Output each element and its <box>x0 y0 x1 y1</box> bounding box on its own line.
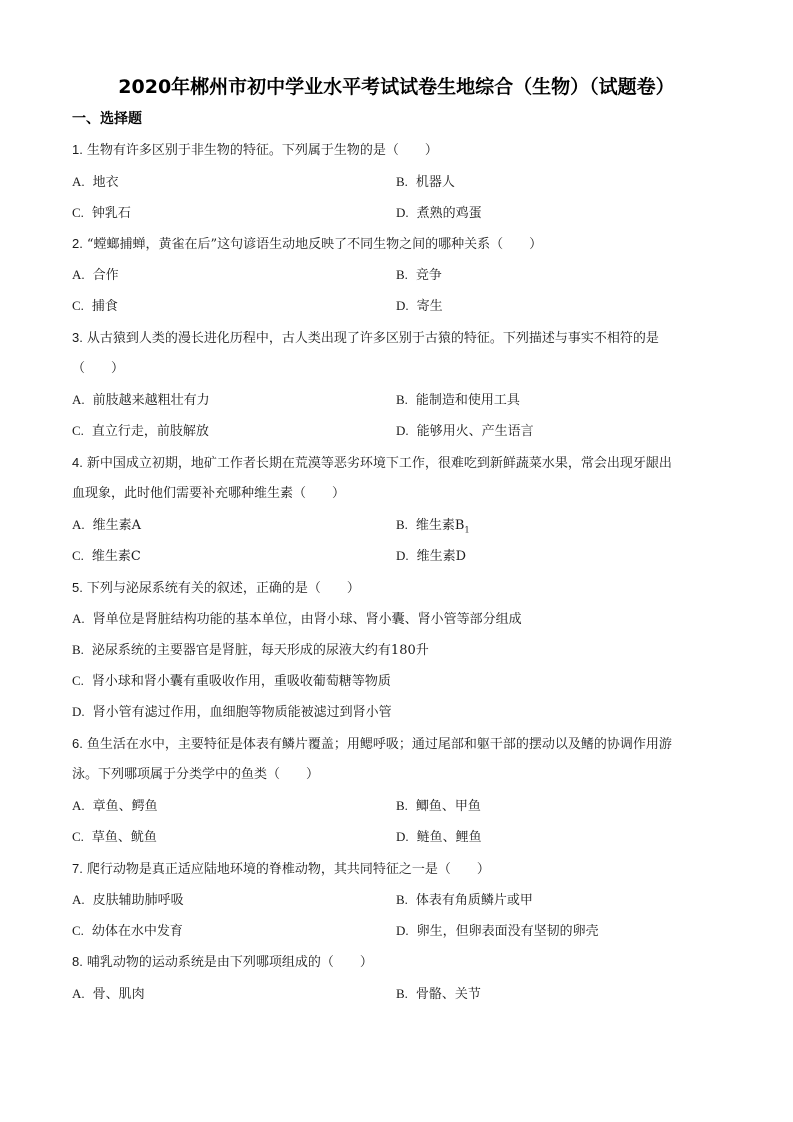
question-3-option-a: A.前肢越来越粗壮有力 <box>72 392 210 409</box>
option-label: C. <box>72 829 84 844</box>
question-2-option-d: D.寄生 <box>396 298 443 315</box>
question-number: 6. <box>72 736 83 751</box>
question-text: 新中国成立初期，地矿工作者长期在荒漠等恶劣环境下工作，很难吃到新鲜蔬菜水果，常会… <box>87 456 672 471</box>
question-1-option-d: D.煮熟的鸡蛋 <box>396 205 482 222</box>
option-label: C. <box>72 205 84 220</box>
question-6-stem-cont: 泳。下列哪项属于分类学中的鱼类（ ） <box>72 767 319 783</box>
question-4-option-d: D.维生素D <box>396 548 466 565</box>
option-label: D. <box>72 704 85 719</box>
question-3-stem: 3.从古猿到人类的漫长进化历程中，古人类出现了许多区别于古猿的特征。下列描述与事… <box>72 330 659 347</box>
question-number: 1. <box>72 142 83 157</box>
question-5-stem: 5.下列与泌尿系统有关的叙述，正确的是（ ） <box>72 580 360 597</box>
option-label: A. <box>72 267 85 282</box>
question-3-option-c: C.直立行走，前肢解放 <box>72 423 209 440</box>
question-number: 2. <box>72 236 83 251</box>
question-6-stem: 6.鱼生活在水中，主要特征是体表有鳞片覆盖；用鳃呼吸；通过尾部和躯干部的摆动以及… <box>72 736 672 753</box>
option-label: B. <box>396 174 408 189</box>
question-2-option-c: C.捕食 <box>72 298 118 315</box>
question-3-stem-cont: （ ） <box>72 361 124 377</box>
option-text: 泌尿系统的主要器官是肾脏，每天形成的尿液大约有180升 <box>92 643 429 658</box>
question-1-option-a: A.地衣 <box>72 174 119 191</box>
question-7-option-d: D.卵生，但卵表面没有坚韧的卵壳 <box>396 923 599 940</box>
option-label: D. <box>396 829 409 844</box>
option-text: 肾小球和肾小囊有重吸收作用，重吸收葡萄糖等物质 <box>92 674 391 689</box>
question-4-stem: 4.新中国成立初期，地矿工作者长期在荒漠等恶劣环境下工作，很难吃到新鲜蔬菜水果，… <box>72 455 672 472</box>
question-8-option-a: A.骨、肌肉 <box>72 986 145 1003</box>
option-label: C. <box>72 673 84 688</box>
option-text: 能制造和使用工具 <box>416 393 520 408</box>
option-label: B. <box>396 986 408 1001</box>
question-7-option-c: C.幼体在水中发育 <box>72 923 183 940</box>
question-5-option-c: C.肾小球和肾小囊有重吸收作用，重吸收葡萄糖等物质 <box>72 673 391 690</box>
option-text: 煮熟的鸡蛋 <box>417 206 482 221</box>
option-label: C. <box>72 923 84 938</box>
option-label: B. <box>396 517 408 532</box>
question-7-option-b: B.体表有角质鳞片或甲 <box>396 892 533 909</box>
option-label: A. <box>72 611 85 626</box>
question-1-option-b: B.机器人 <box>396 174 455 191</box>
question-number: 5. <box>72 580 83 595</box>
question-number: 4. <box>72 455 83 470</box>
subscript: 1 <box>464 526 469 535</box>
option-text: 机器人 <box>416 175 455 190</box>
option-label: B. <box>72 642 84 657</box>
question-3-option-b: B.能制造和使用工具 <box>396 392 520 409</box>
option-text: 草鱼、鱿鱼 <box>92 830 157 845</box>
option-text: 前肢越来越粗壮有力 <box>93 393 210 408</box>
question-2-option-a: A.合作 <box>72 267 119 284</box>
question-6-option-a: A.章鱼、鳄鱼 <box>72 798 158 815</box>
option-text: 竞争 <box>416 268 442 283</box>
question-text: 哺乳动物的运动系统是由下列哪项组成的（ ） <box>87 955 373 970</box>
option-text: 合作 <box>93 268 119 283</box>
question-5-option-b: B.泌尿系统的主要器官是肾脏，每天形成的尿液大约有180升 <box>72 642 429 659</box>
option-label: B. <box>396 392 408 407</box>
option-text: 能够用火、产生语言 <box>417 424 534 439</box>
option-label: C. <box>72 298 84 313</box>
option-text: 地衣 <box>93 175 119 190</box>
question-1-option-c: C.钟乳石 <box>72 205 131 222</box>
option-label: A. <box>72 986 85 1001</box>
option-label: A. <box>72 174 85 189</box>
option-text: 体表有角质鳞片或甲 <box>416 893 533 908</box>
option-label: C. <box>72 548 84 563</box>
option-text: 捕食 <box>92 299 118 314</box>
option-label: D. <box>396 423 409 438</box>
question-5-option-a: A.肾单位是肾脏结构功能的基本单位，由肾小球、肾小囊、肾小管等部分组成 <box>72 611 522 628</box>
question-8-stem: 8.哺乳动物的运动系统是由下列哪项组成的（ ） <box>72 954 373 971</box>
question-number: 7. <box>72 861 83 876</box>
option-text: 维生素C <box>92 549 141 564</box>
option-text: 骨骼、关节 <box>416 987 481 1002</box>
question-8-option-b: B.骨骼、关节 <box>396 986 481 1003</box>
option-label: B. <box>396 892 408 907</box>
option-text: 卵生，但卵表面没有坚韧的卵壳 <box>417 924 599 939</box>
option-text: 肾小管有滤过作用，血细胞等物质能被滤过到肾小管 <box>93 705 392 720</box>
option-label: D. <box>396 298 409 313</box>
option-text: 维生素B <box>416 518 465 533</box>
option-text: 寄生 <box>417 299 443 314</box>
question-4-option-a: A.维生素A <box>72 517 141 534</box>
question-6-option-c: C.草鱼、鱿鱼 <box>72 829 157 846</box>
question-6-option-d: D.鲢鱼、鲤鱼 <box>396 829 482 846</box>
option-label: D. <box>396 923 409 938</box>
option-label: B. <box>396 267 408 282</box>
option-text: 直立行走，前肢解放 <box>92 424 209 439</box>
document-title: 2020年郴州市初中学业水平考试试卷生地综合（生物）（试题卷） <box>0 72 793 99</box>
question-4-stem-cont: 血现象，此时他们需要补充哪种维生素（ ） <box>72 486 345 502</box>
option-text: 皮肤辅助肺呼吸 <box>93 893 184 908</box>
question-text: 从古猿到人类的漫长进化历程中，古人类出现了许多区别于古猿的特征。下列描述与事实不… <box>87 331 659 346</box>
question-4-option-c: C.维生素C <box>72 548 141 565</box>
question-text: 下列与泌尿系统有关的叙述，正确的是（ ） <box>87 581 360 596</box>
option-text: 鲢鱼、鲤鱼 <box>417 830 482 845</box>
question-text: 鱼生活在水中，主要特征是体表有鳞片覆盖；用鳃呼吸；通过尾部和躯干部的摆动以及鳍的… <box>87 737 672 752</box>
section-heading: 一、选择题 <box>72 108 142 128</box>
question-text: 生物有许多区别于非生物的特征。下列属于生物的是（ ） <box>87 143 438 158</box>
exam-page: 2020年郴州市初中学业水平考试试卷生地综合（生物）（试题卷） 一、选择题 1.… <box>0 0 793 1122</box>
question-2-option-b: B.竞争 <box>396 267 442 284</box>
option-text: 钟乳石 <box>92 206 131 221</box>
option-label: A. <box>72 892 85 907</box>
question-7-option-a: A.皮肤辅助肺呼吸 <box>72 892 184 909</box>
option-text: 幼体在水中发育 <box>92 924 183 939</box>
option-label: C. <box>72 423 84 438</box>
option-label: B. <box>396 798 408 813</box>
option-text: 鲫鱼、甲鱼 <box>416 799 481 814</box>
option-text: 骨、肌肉 <box>93 987 145 1002</box>
question-text: 爬行动物是真正适应陆地环境的脊椎动物，其共同特征之一是（ ） <box>87 862 490 877</box>
question-2-stem: 2.“螳螂捕蝉，黄雀在后”这句谚语生动地反映了不同生物之间的哪种关系（ ） <box>72 236 542 253</box>
question-number: 3. <box>72 330 83 345</box>
option-text: 维生素A <box>93 518 141 533</box>
option-text: 维生素D <box>417 549 466 564</box>
question-1-stem: 1.生物有许多区别于非生物的特征。下列属于生物的是（ ） <box>72 142 438 159</box>
option-text: 肾单位是肾脏结构功能的基本单位，由肾小球、肾小囊、肾小管等部分组成 <box>93 612 522 627</box>
question-5-option-d: D.肾小管有滤过作用，血细胞等物质能被滤过到肾小管 <box>72 704 392 721</box>
question-7-stem: 7.爬行动物是真正适应陆地环境的脊椎动物，其共同特征之一是（ ） <box>72 861 490 878</box>
option-label: D. <box>396 548 409 563</box>
option-label: A. <box>72 517 85 532</box>
question-4-option-b: B.维生素B1 <box>396 517 470 539</box>
option-label: A. <box>72 392 85 407</box>
option-text: 章鱼、鳄鱼 <box>93 799 158 814</box>
question-text: “螳螂捕蝉，黄雀在后”这句谚语生动地反映了不同生物之间的哪种关系（ ） <box>87 237 542 252</box>
question-number: 8. <box>72 954 83 969</box>
option-label: D. <box>396 205 409 220</box>
question-3-option-d: D.能够用火、产生语言 <box>396 423 534 440</box>
question-6-option-b: B.鲫鱼、甲鱼 <box>396 798 481 815</box>
option-label: A. <box>72 798 85 813</box>
